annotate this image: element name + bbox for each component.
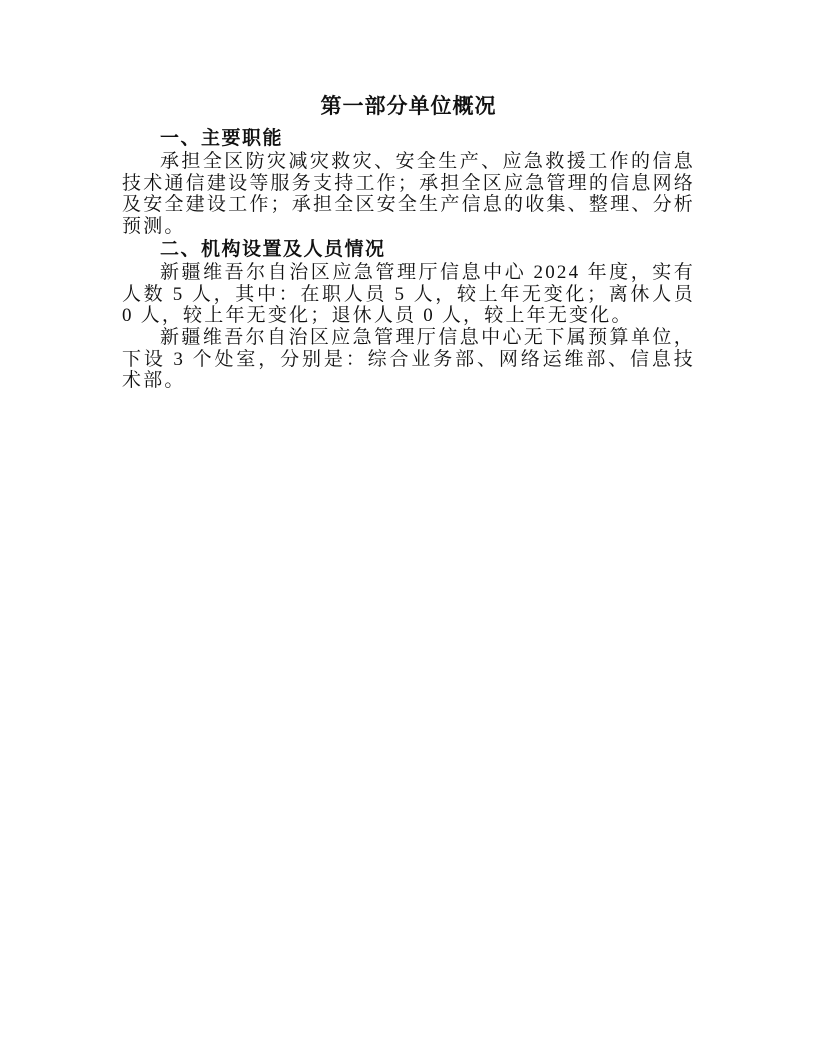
paragraph-personnel-figures: 新疆维吾尔自治区应急管理厅信息中心 2024 年度，实有人数 5 人，其中：在职… [122, 262, 695, 327]
document-page: 第一部分单位概况 一、主要职能 承担全区防灾减灾救灾、安全生产、应急救援工作的信… [0, 0, 816, 1056]
document-title: 第一部分单位概况 [122, 92, 695, 121]
section-heading-organization-personnel: 二、机构设置及人员情况 [122, 238, 695, 262]
paragraph-main-functions: 承担全区防灾减灾救灾、安全生产、应急救援工作的信息技术通信建设等服务支持工作；承… [122, 151, 695, 238]
section-heading-main-functions: 一、主要职能 [122, 127, 695, 151]
paragraph-subordinate-units: 新疆维吾尔自治区应急管理厅信息中心无下属预算单位，下设 3 个处室，分别是：综合… [122, 327, 695, 392]
